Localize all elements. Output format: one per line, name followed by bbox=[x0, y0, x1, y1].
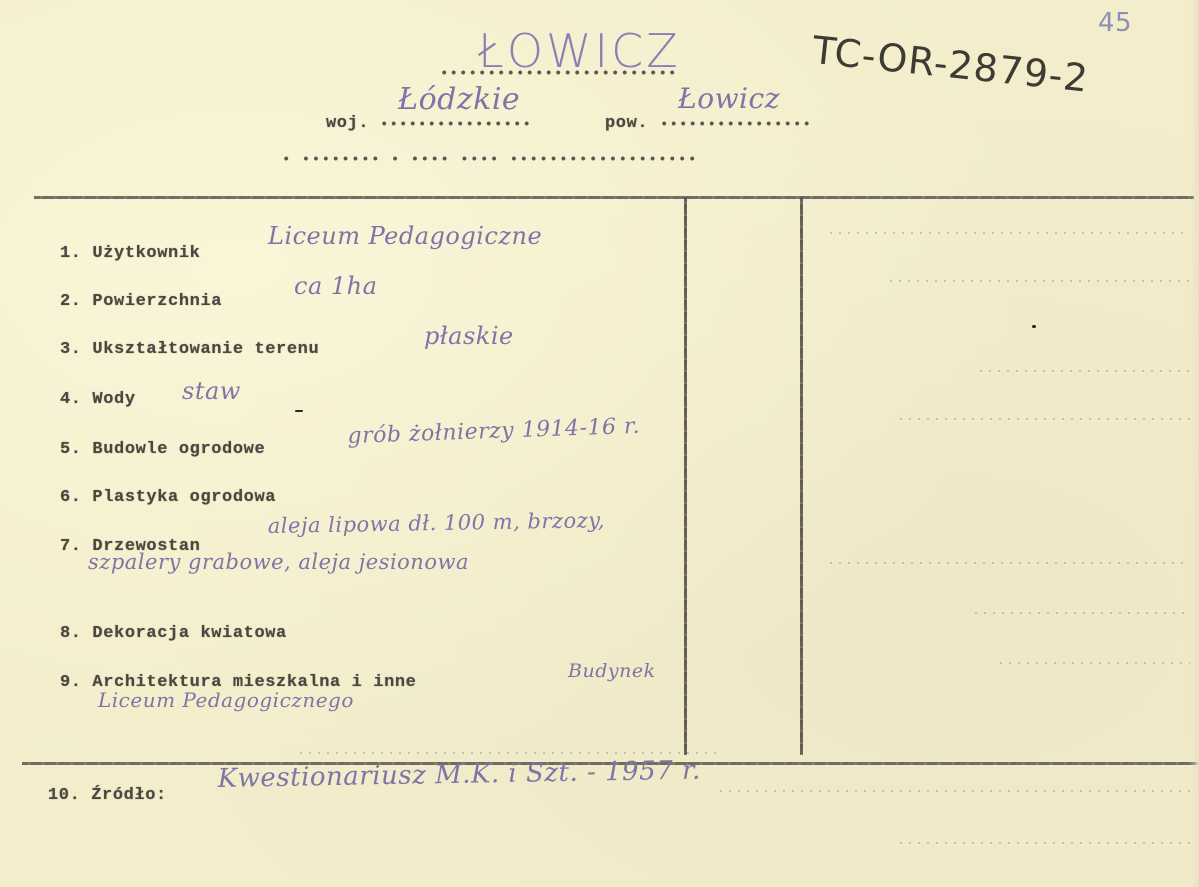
field-5-label: 5. Budowle ogrodowe bbox=[60, 440, 265, 459]
ink-speck bbox=[1032, 325, 1036, 328]
field-6-label: 6. Plastyka ogrodowa bbox=[60, 488, 276, 507]
field-7-value: aleja lipowa dł. 100 m, brzozy, bbox=[268, 508, 606, 538]
page-number: 45 bbox=[1098, 8, 1132, 38]
field-4-label: 4. Wody bbox=[60, 390, 136, 409]
field-7-value-line2: szpalery grabowe, aleja jesionowa bbox=[88, 550, 469, 574]
field-4-value: staw bbox=[182, 377, 241, 405]
field-8-label: 8. Dekoracja kwiatowa bbox=[60, 624, 287, 643]
pow-value: Łowicz bbox=[678, 82, 780, 115]
faint-guide bbox=[975, 612, 1190, 614]
catalog-number: TC-OR-2879-2 bbox=[810, 28, 1090, 101]
header-dotted-line: • •••••••• • •••• •••• •••••••••••••••••… bbox=[282, 152, 698, 168]
field-1-value: Liceum Pedagogiczne bbox=[268, 222, 542, 250]
faint-guide bbox=[300, 752, 720, 754]
woj-value: Łódzkie bbox=[398, 82, 520, 117]
field-5-value: grób żołnierzy 1914-16 r. bbox=[347, 414, 640, 449]
faint-guide bbox=[890, 280, 1190, 282]
faint-guide bbox=[720, 790, 1190, 792]
title-dotted-line: ••••••••••••••••••••••••• bbox=[440, 66, 678, 82]
source-label: 10. Źródło: bbox=[48, 786, 167, 805]
field-3-label: 3. Ukształtowanie terenu bbox=[60, 340, 319, 359]
card-edge-shadow bbox=[1191, 0, 1199, 887]
woj-dotted-line: •••••••••••••••• bbox=[380, 117, 532, 133]
pow-dotted-line: •••••••••••••••• bbox=[660, 117, 812, 133]
faint-guide bbox=[900, 842, 1190, 844]
faint-guide bbox=[830, 232, 1190, 234]
field-1-label: 1. Użytkownik bbox=[60, 244, 200, 263]
field-2-value: ca 1ha bbox=[294, 272, 377, 300]
faint-guide bbox=[900, 418, 1190, 420]
field-9-value: Budynek bbox=[568, 660, 656, 682]
field-2-label: 2. Powierzchnia bbox=[60, 292, 222, 311]
faint-guide bbox=[830, 562, 1190, 564]
field-3-value: płaskie bbox=[424, 322, 514, 350]
woj-label: woj. bbox=[326, 114, 369, 133]
ink-speck bbox=[295, 410, 303, 412]
column-divider-1 bbox=[684, 197, 687, 755]
column-divider-2 bbox=[800, 197, 803, 755]
faint-guide bbox=[1000, 662, 1190, 664]
pow-label: pow. bbox=[605, 114, 648, 133]
archive-card: ŁOWICZ TC-OR-2879-2 45 •••••••••••••••••… bbox=[0, 0, 1199, 887]
top-rule bbox=[34, 196, 1194, 199]
field-9-value-line2: Liceum Pedagogicznego bbox=[98, 688, 354, 712]
faint-guide bbox=[980, 370, 1190, 372]
